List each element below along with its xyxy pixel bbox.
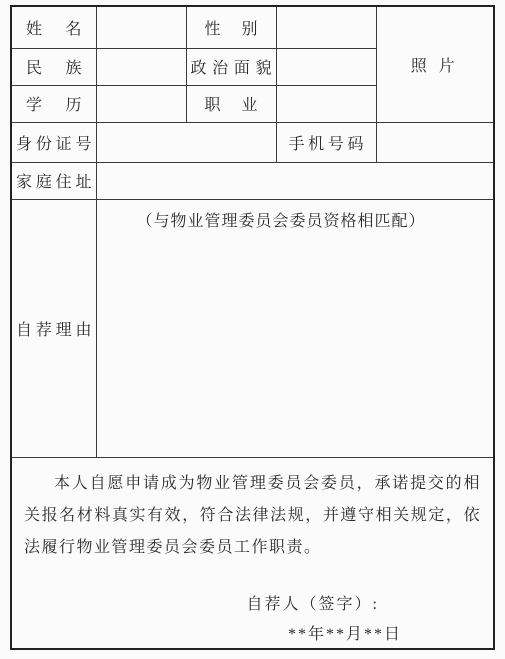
ethnicity-input-cell[interactable] (96, 48, 186, 85)
reason-input-cell[interactable]: （与物业管理委员会委员资格相匹配） (96, 199, 494, 457)
table-row: 本人自愿申请成为物业管理委员会委员，承诺提交的相关报名材料真实有效，符合法律法规… (11, 457, 494, 649)
education-label: 学 历 (11, 85, 96, 122)
declaration-cell: 本人自愿申请成为物业管理委员会委员，承诺提交的相关报名材料真实有效，符合法律法规… (11, 457, 494, 649)
address-label: 家庭住址 (11, 162, 96, 199)
occupation-input-cell[interactable] (276, 85, 376, 122)
mobile-label: 手机号码 (276, 122, 376, 162)
signature-label[interactable]: 自荐人（签字）: (12, 592, 493, 618)
mobile-input-cell[interactable] (376, 122, 494, 162)
gender-label: 性 别 (186, 6, 276, 48)
address-input-cell[interactable] (96, 162, 494, 199)
political-status-label: 政治面貌 (186, 48, 276, 85)
table-row: 自荐理由 （与物业管理委员会委员资格相匹配） (11, 199, 494, 457)
reason-hint: （与物业管理委员会委员资格相匹配） (137, 213, 426, 230)
photo-placeholder-cell[interactable]: 照 片 (376, 6, 494, 122)
political-status-input-cell[interactable] (276, 48, 376, 85)
occupation-label: 职 业 (186, 85, 276, 122)
id-number-input-cell[interactable] (96, 122, 276, 162)
name-label: 姓 名 (11, 6, 96, 48)
id-number-label: 身份证号 (11, 122, 96, 162)
name-input-cell[interactable] (96, 6, 186, 48)
reason-label: 自荐理由 (11, 199, 96, 457)
table-row: 姓 名 性 别 照 片 (11, 6, 494, 48)
ethnicity-label: 民 族 (11, 48, 96, 85)
form-document: 姓 名 性 别 照 片 民 族 政治面貌 学 历 职 业 身份证号 手机号码 家… (0, 0, 505, 659)
table-row: 身份证号 手机号码 (11, 122, 494, 162)
gender-input-cell[interactable] (276, 6, 376, 48)
declaration-text: 本人自愿申请成为物业管理委员会委员，承诺提交的相关报名材料真实有效，符合法律法规… (12, 458, 493, 564)
table-row: 家庭住址 (11, 162, 494, 199)
date-placeholder[interactable]: **年**月**日 (12, 622, 493, 648)
application-form-table: 姓 名 性 别 照 片 民 族 政治面貌 学 历 职 业 身份证号 手机号码 家… (10, 5, 495, 650)
education-input-cell[interactable] (96, 85, 186, 122)
